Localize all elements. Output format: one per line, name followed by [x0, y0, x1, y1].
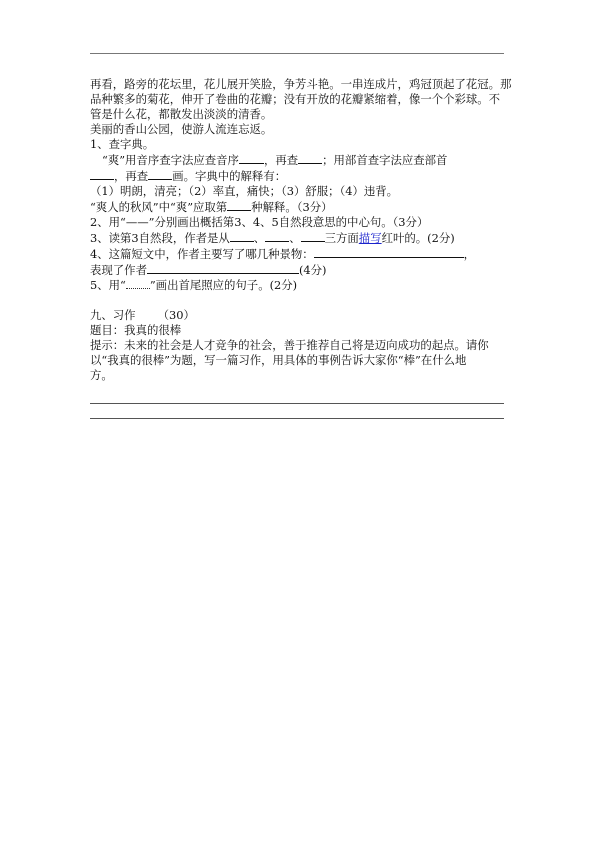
question-4-line-2: 表现了作者(4分) — [90, 262, 506, 278]
document-body: 再看，路旁的花坛里，花儿展开笑脸，争芳斗艳。一串连成片，鸡冠顶起了花冠。那 品种… — [90, 77, 506, 383]
writing-line[interactable] — [90, 403, 504, 404]
passage-line: 管是什么花，都散发出淡淡的清香。 — [90, 107, 506, 122]
question-1-line-2: ，再查画。字典中的解释有： — [90, 168, 506, 184]
answer-blank[interactable] — [314, 246, 464, 258]
composition-topic: 题目：我真的很棒 — [90, 323, 506, 338]
answer-blank[interactable] — [147, 262, 299, 274]
question-2: 2、用“——”分别画出概括第3、4、5自然段意思的中心句。（3分） — [90, 215, 506, 230]
question-1-line-1: “爽”用音序查字法应查音序，再查；用部首查字法应查部首 — [90, 152, 506, 168]
header-rule — [90, 53, 504, 54]
question-1-line-4: “爽人的秋风”中“爽”应取第种解释。（3分） — [90, 199, 506, 215]
passage-line: 美丽的香山公园，使游人流连忘返。 — [90, 122, 506, 137]
answer-blank[interactable] — [298, 152, 322, 164]
document-page: 再看，路旁的花坛里，花儿展开笑脸，争芳斗艳。一串连成片，鸡冠顶起了花冠。那 品种… — [0, 0, 596, 842]
composition-hint-line: 方。 — [90, 368, 506, 383]
question-3: 3、读第3自然段，作者是从、、三方面描写红叶的。(2分) — [90, 230, 506, 246]
answer-blank[interactable] — [227, 199, 251, 211]
answer-blank[interactable] — [301, 230, 325, 242]
passage-line: 再看，路旁的花坛里，花儿展开笑脸，争芳斗艳。一串连成片，鸡冠顶起了花冠。那 — [90, 77, 506, 92]
answer-blank[interactable] — [148, 168, 172, 180]
passage-line: 品种繁多的菊花，伸开了卷曲的花瓣；没有开放的花瓣紧缩着，像一个个彩球。不 — [90, 92, 506, 107]
composition-hint-line: 提示：未来的社会是人才竞争的社会，善于推荐自己将是迈向成功的起点。请你 — [90, 338, 506, 353]
question-4-line-1: 4、这篇短文中，作者主要写了哪几种景物：， — [90, 246, 506, 262]
question-5: 5、用“”画出首尾照应的句子。(2分) — [90, 278, 506, 293]
answer-blank[interactable] — [239, 152, 264, 164]
answer-blank[interactable] — [90, 168, 114, 180]
answer-blank[interactable] — [265, 230, 289, 242]
answer-blank[interactable] — [230, 230, 254, 242]
miaoxie-link[interactable]: 描写 — [359, 231, 382, 245]
composition-hint-line: 以“我真的很棒”为题，写一篇习作，用具体的事例告诉大家你“棒”在什么地 — [90, 353, 506, 368]
composition-heading: 九、习作（30） — [90, 308, 506, 323]
question-1-title: 1、查字典。 — [90, 137, 506, 152]
writing-line[interactable] — [90, 418, 504, 419]
wavy-line-symbol — [126, 278, 150, 289]
question-1-meanings: （1）明朗，清亮；（2）率直，痛快；（3）舒服；（4）违背。 — [90, 184, 506, 199]
